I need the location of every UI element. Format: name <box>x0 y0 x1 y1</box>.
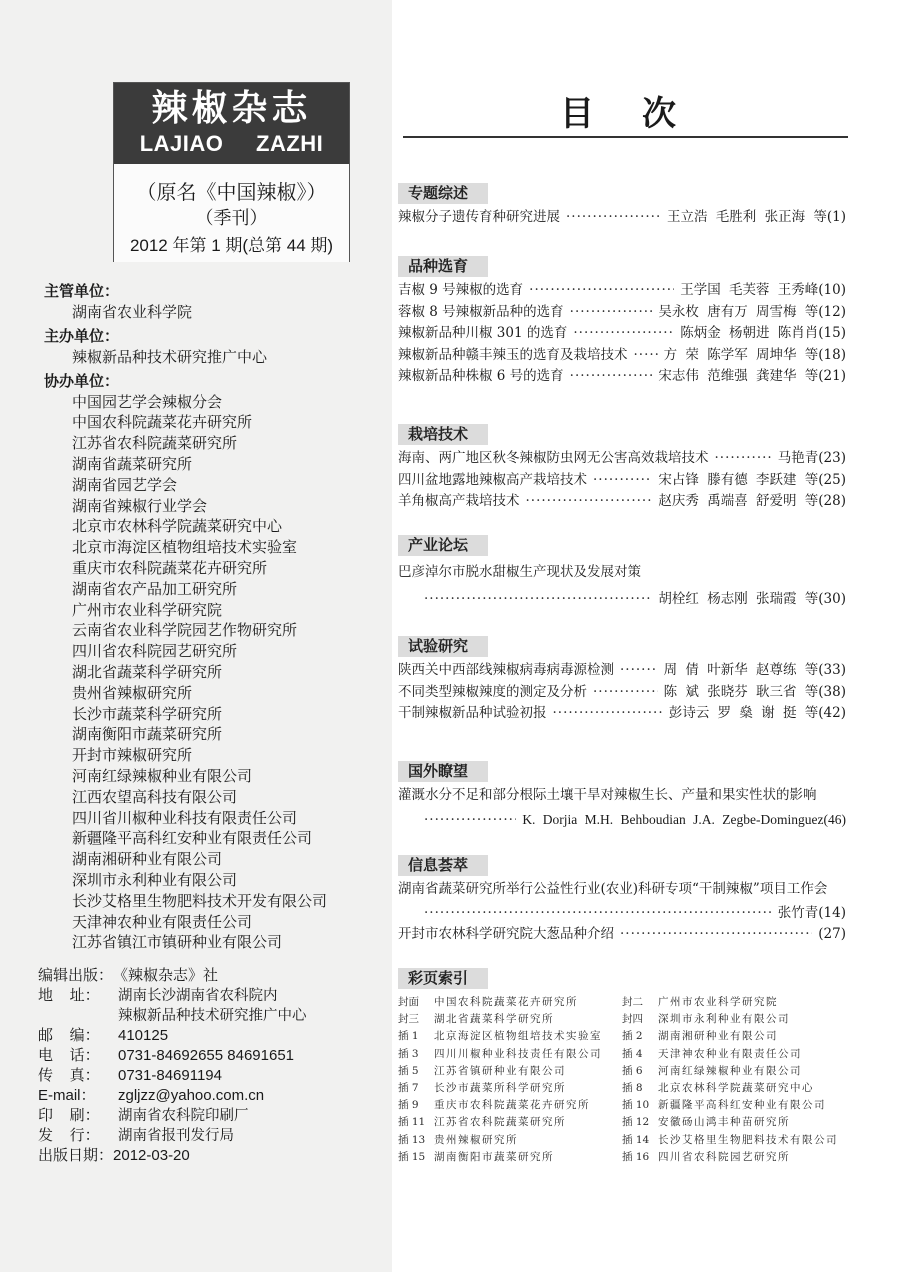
color-plate-index: 彩页索引 封面中国农科院蔬菜花卉研究所 封二广州市农业科学研究院 封三湖北省蔬菜… <box>398 968 848 1166</box>
phone-value: 0731-84692655 84691651 <box>118 1046 368 1066</box>
email-row: E-mail： zgljzz@yahoo.com.cn <box>38 1086 368 1106</box>
co-sponsor-item: 中国园艺学会辣椒分会 <box>44 392 364 413</box>
distributor-row: 发 行： 湖南省报刊发行局 <box>38 1126 368 1146</box>
postcode-row: 邮 编： 410125 <box>38 1026 368 1046</box>
masthead-column: 辣椒杂志 LAJIAO ZAZHI （原名《中国辣椒》） （季刊） 2012 年… <box>0 0 392 1272</box>
toc-section-review: 专题综述 辣椒分子遗传育种研究进展 王立浩 毛胜利 张正海 等(1) <box>398 183 846 229</box>
plate-item: 封面中国农科院蔬菜花卉研究所 <box>398 994 620 1011</box>
co-sponsor-item: 四川省川椒种业科技有限责任公司 <box>44 808 364 829</box>
toc-entry[interactable]: 辣椒分子遗传育种研究进展 王立浩 毛胜利 张正海 等(1) <box>398 207 846 229</box>
toc-entry[interactable]: 陕西关中西部线辣椒病毒病毒源检测 周 倩 叶新华 赵尊练 等(33) <box>398 660 846 682</box>
plate-item: 插 8北京农林科学院蔬菜研究中心 <box>620 1080 848 1097</box>
plate-item: 插 5江苏省镇研种业有限公司 <box>398 1063 620 1080</box>
plate-item: 插 13贵州辣椒研究所 <box>398 1132 620 1149</box>
toc-entry[interactable]: 辣椒新品种川椒 301 的选育 陈炳金 杨朝进 陈肖肖(15) <box>398 323 846 345</box>
journal-title-en: LAJIAO ZAZHI <box>114 130 349 158</box>
toc-section-news: 信息荟萃 湖南省蔬菜研究所举行公益性行业(农业)科研专项“干制辣椒”项目工作会 … <box>398 855 846 946</box>
entry-title: 干制辣椒新品种试验初报 <box>398 703 547 725</box>
leader-dots <box>424 589 652 611</box>
leader-dots <box>529 280 674 302</box>
entry-authors-page: 彭诗云 罗 燊 谢 挺 等(42) <box>669 703 846 725</box>
toc-entry[interactable]: 四川盆地露地辣椒高产栽培技术 宋占锋 滕有德 李跃建 等(25) <box>398 470 846 492</box>
entry-title: 灌溉水分不足和部分根际土壤干旱对辣椒生长、产量和果实性状的影响 <box>398 785 817 807</box>
leader-dots <box>593 470 652 492</box>
co-sponsor-item: 北京市农林科学院蔬菜研究中心 <box>44 516 364 537</box>
entry-authors-page: (27) <box>818 924 846 946</box>
leader-dots <box>573 323 674 345</box>
co-sponsor-item: 云南省农业科学院园艺作物研究所 <box>44 620 364 641</box>
plate-item: 插 16四川省农科院园艺研究所 <box>620 1149 848 1166</box>
entry-title: 湖南省蔬菜研究所举行公益性行业(农业)科研专项“干制辣椒”项目工作会 <box>398 879 827 901</box>
plate-item: 插 11江苏省农科院蔬菜研究所 <box>398 1114 620 1131</box>
organizations: 主管单位： 湖南省农业科学院 主办单位： 辣椒新品种技术研究推广中心 协办单位：… <box>44 282 364 953</box>
fax-row: 传 真： 0731-84691194 <box>38 1066 368 1086</box>
printer-row: 印 刷： 湖南省农科院印刷厂 <box>38 1106 368 1126</box>
entry-authors-page: 吴永枚 唐有万 周雪梅 等(12) <box>658 302 846 324</box>
co-sponsor-item: 江西农望高科技有限公司 <box>44 787 364 808</box>
toc-entry-continuation[interactable]: 张竹青(14) <box>398 903 846 925</box>
co-sponsor-item: 河南红绿辣椒种业有限公司 <box>44 766 364 787</box>
plate-item: 插 3四川川椒种业科技责任有限公司 <box>398 1046 620 1063</box>
publisher-row: 编辑出版： 《辣椒杂志》社 <box>38 966 368 986</box>
entry-authors-page: 周 倩 叶新华 赵尊练 等(33) <box>664 660 846 682</box>
entry-title: 羊角椒高产栽培技术 <box>398 491 520 513</box>
plate-item: 封三湖北省蔬菜科学研究所 <box>398 1011 620 1028</box>
co-sponsor-item: 广州市农业科学研究院 <box>44 600 364 621</box>
supervisor-name: 湖南省农业科学院 <box>44 302 364 323</box>
co-sponsors-label: 协办单位： <box>44 372 364 392</box>
publisher-label: 编辑出版： <box>38 966 113 986</box>
toc-divider <box>403 136 848 138</box>
plate-item: 插 10新疆隆平高科红安种业有限公司 <box>620 1097 848 1114</box>
section-badge: 栽培技术 <box>398 424 488 445</box>
co-sponsor-item: 湖南省农产品加工研究所 <box>44 579 364 600</box>
plate-item: 插 4天津神农种业有限责任公司 <box>620 1046 848 1063</box>
entry-title: 海南、两广地区秋冬辣椒防虫网无公害高效栽培技术 <box>398 448 709 470</box>
entry-title: 辣椒分子遗传育种研究进展 <box>398 207 560 229</box>
section-badge: 专题综述 <box>398 183 488 204</box>
co-sponsor-item: 湖南省园艺学会 <box>44 475 364 496</box>
entry-authors-page: 方 荣 陈学军 周坤华 等(18) <box>664 345 846 367</box>
address-value-line2: 辣椒新品种技术研究推广中心 <box>38 1006 368 1026</box>
co-sponsor-item: 长沙市蔬菜科学研究所 <box>44 704 364 725</box>
plate-item: 插 6河南红绿辣椒种业有限公司 <box>620 1063 848 1080</box>
co-sponsor-item: 湖北省蔬菜科学研究所 <box>44 662 364 683</box>
issue-number: 2012 年第 1 期(总第 44 期) <box>114 235 349 257</box>
date-label: 出版日期： <box>38 1146 113 1166</box>
leader-dots <box>593 682 658 704</box>
address-value: 湖南长沙湖南省农科院内 <box>118 986 368 1006</box>
toc-section-international: 国外瞭望 灌溉水分不足和部分根际土壤干旱对辣椒生长、产量和果实性状的影响 K. … <box>398 761 846 831</box>
co-sponsor-item: 中国农科院蔬菜花卉研究所 <box>44 412 364 433</box>
sponsor-label: 主办单位： <box>44 327 364 347</box>
toc-title: 目次 <box>560 86 760 135</box>
plate-item: 封四深圳市永利种业有限公司 <box>620 1011 848 1028</box>
entry-authors-page: 马艳青(23) <box>778 448 846 470</box>
postcode-value: 410125 <box>118 1026 368 1046</box>
toc-entry[interactable]: 辣椒新品种赣丰辣玉的选育及栽培技术 方 荣 陈学军 周坤华 等(18) <box>398 345 846 367</box>
former-name: （原名《中国辣椒》） <box>114 180 349 204</box>
publisher-value: 《辣椒杂志》社 <box>113 966 368 986</box>
distributor-value: 湖南省报刊发行局 <box>118 1126 368 1146</box>
printer-value: 湖南省农科院印刷厂 <box>118 1106 368 1126</box>
co-sponsor-item: 江苏省农科院蔬菜研究所 <box>44 433 364 454</box>
plate-item: 插 15湖南衡阳市蔬菜研究所 <box>398 1149 620 1166</box>
leader-dots <box>715 448 772 470</box>
toc-entry[interactable]: 蓉椒 8 号辣椒新品种的选育 吴永枚 唐有万 周雪梅 等(12) <box>398 302 846 324</box>
date-value: 2012-03-20 <box>113 1146 368 1166</box>
entry-title: 辣椒新品种川椒 301 的选育 <box>398 323 567 345</box>
toc-section-breeding: 品种选育 吉椒 9 号辣椒的选育 王学国 毛芙蓉 王秀峰(10) 蓉椒 8 号辣… <box>398 256 846 388</box>
plate-item: 封二广州市农业科学研究院 <box>620 994 848 1011</box>
section-badge: 国外瞭望 <box>398 761 488 782</box>
plate-item: 插 2湖南湘研种业有限公司 <box>620 1028 848 1045</box>
toc-entry[interactable]: 海南、两广地区秋冬辣椒防虫网无公害高效栽培技术 马艳青(23) <box>398 448 846 470</box>
section-badge: 品种选育 <box>398 256 488 277</box>
co-sponsor-item: 贵州省辣椒研究所 <box>44 683 364 704</box>
journal-title-box: 辣椒杂志 LAJIAO ZAZHI （原名《中国辣椒》） （季刊） 2012 年… <box>113 82 350 262</box>
leader-dots <box>570 302 653 324</box>
co-sponsor-list: 中国园艺学会辣椒分会 中国农科院蔬菜花卉研究所 江苏省农科院蔬菜研究所 湖南省蔬… <box>44 392 364 954</box>
toc-section-experiments: 试验研究 陕西关中西部线辣椒病毒病毒源检测 周 倩 叶新华 赵尊练 等(33) … <box>398 636 846 725</box>
journal-title-cn: 辣椒杂志 <box>114 83 349 130</box>
color-plate-grid: 封面中国农科院蔬菜花卉研究所 封二广州市农业科学研究院 封三湖北省蔬菜科学研究所… <box>398 994 848 1166</box>
section-badge: 彩页索引 <box>398 968 488 989</box>
co-sponsor-item: 湖南省辣椒行业学会 <box>44 496 364 517</box>
entry-authors-page: 王立浩 毛胜利 张正海 等(1) <box>667 207 846 229</box>
entry-authors-page: 王学国 毛芙蓉 王秀峰(10) <box>680 280 846 302</box>
postcode-label: 邮 编： <box>38 1026 118 1046</box>
toc-entry[interactable]: 辣椒新品种株椒 6 号的选育 宋志伟 范维强 龚建华 等(21) <box>398 366 846 388</box>
entry-title: 辣椒新品种株椒 6 号的选育 <box>398 366 564 388</box>
entry-title: 蓉椒 8 号辣椒新品种的选育 <box>398 302 564 324</box>
distributor-label: 发 行： <box>38 1126 118 1146</box>
date-row: 出版日期： 2012-03-20 <box>38 1146 368 1166</box>
co-sponsor-item: 北京市海淀区植物组培技术实验室 <box>44 537 364 558</box>
plate-item: 插 9重庆市农科院蔬菜花卉研究所 <box>398 1097 620 1114</box>
toc-entry[interactable]: 吉椒 9 号辣椒的选育 王学国 毛芙蓉 王秀峰(10) <box>398 280 846 302</box>
co-sponsor-item: 天津神农种业有限责任公司 <box>44 912 364 933</box>
entry-authors-page: K. Dorjia M.H. Behboudian J.A. Zegbe-Dom… <box>522 809 846 831</box>
toc-entry[interactable]: 干制辣椒新品种试验初报 彭诗云 罗 燊 谢 挺 等(42) <box>398 703 846 725</box>
plate-item: 插 1北京海淀区植物组培技术实验室 <box>398 1028 620 1045</box>
sponsor-name: 辣椒新品种技术研究推广中心 <box>44 347 364 368</box>
entry-authors-page: 陈 斌 张晓芬 耿三省 等(38) <box>664 682 846 704</box>
printer-label: 印 刷： <box>38 1106 118 1126</box>
co-sponsor-item: 新疆隆平高科红安种业有限责任公司 <box>44 828 364 849</box>
leader-dots <box>424 810 516 832</box>
leader-dots <box>566 207 661 229</box>
toc-entry[interactable]: 灌溉水分不足和部分根际土壤干旱对辣椒生长、产量和果实性状的影响 <box>398 785 846 807</box>
section-badge: 试验研究 <box>398 636 488 657</box>
co-sponsor-item: 湖南湘研种业有限公司 <box>44 849 364 870</box>
fax-value: 0731-84691194 <box>118 1066 368 1086</box>
toc-section-industry-forum: 产业论坛 巴彦淖尔市脱水甜椒生产现状及发展对策 胡栓红 杨志刚 张瑞霞 等(30… <box>398 535 846 610</box>
phone-label: 电 话： <box>38 1046 118 1066</box>
entry-title: 吉椒 9 号辣椒的选育 <box>398 280 523 302</box>
co-sponsor-item: 深圳市永利种业有限公司 <box>44 870 364 891</box>
journal-title-banner: 辣椒杂志 LAJIAO ZAZHI <box>114 83 349 164</box>
plate-item: 插 7长沙市蔬菜所科学研究所 <box>398 1080 620 1097</box>
leader-dots <box>526 491 653 513</box>
entry-authors-page: 陈炳金 杨朝进 陈肖肖(15) <box>680 323 846 345</box>
toc-entry[interactable]: 开封市农林科学研究院大葱品种介绍 (27) <box>398 924 846 946</box>
toc-entry[interactable]: 不同类型辣椒辣度的测定及分析 陈 斌 张晓芬 耿三省 等(38) <box>398 682 846 704</box>
co-sponsor-item: 湖南省蔬菜研究所 <box>44 454 364 475</box>
co-sponsor-item: 湖南衡阳市蔬菜研究所 <box>44 724 364 745</box>
leader-dots <box>620 924 812 946</box>
leader-dots <box>553 703 663 725</box>
entry-authors-page: 宋志伟 范维强 龚建华 等(21) <box>658 366 846 388</box>
leader-dots <box>634 345 658 367</box>
email-value[interactable]: zgljzz@yahoo.com.cn <box>118 1086 368 1106</box>
co-sponsor-item: 江苏省镇江市镇研种业有限公司 <box>44 932 364 953</box>
leader-dots <box>620 660 658 682</box>
entry-authors-page: 胡栓红 杨志刚 张瑞霞 等(30) <box>658 589 846 611</box>
entry-authors-page: 张竹青(14) <box>778 903 846 925</box>
entry-authors-page: 赵庆秀 禹端喜 舒爱明 等(28) <box>658 491 846 513</box>
publication-info: 编辑出版： 《辣椒杂志》社 地 址： 湖南长沙湖南省农科院内 辣椒新品种技术研究… <box>38 966 368 1166</box>
entry-title: 辣椒新品种赣丰辣玉的选育及栽培技术 <box>398 345 628 367</box>
entry-title: 不同类型辣椒辣度的测定及分析 <box>398 682 587 704</box>
co-sponsor-item: 重庆市农科院蔬菜花卉研究所 <box>44 558 364 579</box>
publication-frequency: （季刊） <box>114 207 349 231</box>
co-sponsor-item: 开封市辣椒研究所 <box>44 745 364 766</box>
entry-title: 巴彦淖尔市脱水甜椒生产现状及发展对策 <box>398 562 641 584</box>
co-sponsor-item: 四川省农科院园艺研究所 <box>44 641 364 662</box>
fax-label: 传 真： <box>38 1066 118 1086</box>
leader-dots <box>570 366 653 388</box>
supervisor-label: 主管单位： <box>44 282 364 302</box>
entry-authors-page: 宋占锋 滕有德 李跃建 等(25) <box>658 470 846 492</box>
section-badge: 信息荟萃 <box>398 855 488 876</box>
co-sponsor-item: 长沙艾格里生物肥料技术开发有限公司 <box>44 891 364 912</box>
toc-entry-continuation[interactable]: K. Dorjia M.H. Behboudian J.A. Zegbe-Dom… <box>398 809 846 832</box>
entry-title: 四川盆地露地辣椒高产栽培技术 <box>398 470 587 492</box>
email-label: E-mail： <box>38 1086 118 1106</box>
toc-entry[interactable]: 羊角椒高产栽培技术 赵庆秀 禹端喜 舒爱明 等(28) <box>398 491 846 513</box>
plate-item: 插 14长沙艾格里生物肥料技术有限公司 <box>620 1132 848 1149</box>
entry-title: 开封市农林科学研究院大葱品种介绍 <box>398 924 614 946</box>
address-row: 地 址： 湖南长沙湖南省农科院内 <box>38 986 368 1006</box>
toc-entry-continuation[interactable]: 胡栓红 杨志刚 张瑞霞 等(30) <box>398 589 846 611</box>
toc-entry[interactable]: 湖南省蔬菜研究所举行公益性行业(农业)科研专项“干制辣椒”项目工作会 <box>398 879 846 901</box>
toc-section-cultivation: 栽培技术 海南、两广地区秋冬辣椒防虫网无公害高效栽培技术 马艳青(23) 四川盆… <box>398 424 846 513</box>
entry-title: 陕西关中西部线辣椒病毒病毒源检测 <box>398 660 614 682</box>
phone-row: 电 话： 0731-84692655 84691651 <box>38 1046 368 1066</box>
leader-dots <box>424 903 772 925</box>
address-label: 地 址： <box>38 986 118 1006</box>
toc-entry[interactable]: 巴彦淖尔市脱水甜椒生产现状及发展对策 <box>398 562 846 584</box>
section-badge: 产业论坛 <box>398 535 488 556</box>
plate-item: 插 12安徽砀山鸿丰种苗研究所 <box>620 1114 848 1131</box>
